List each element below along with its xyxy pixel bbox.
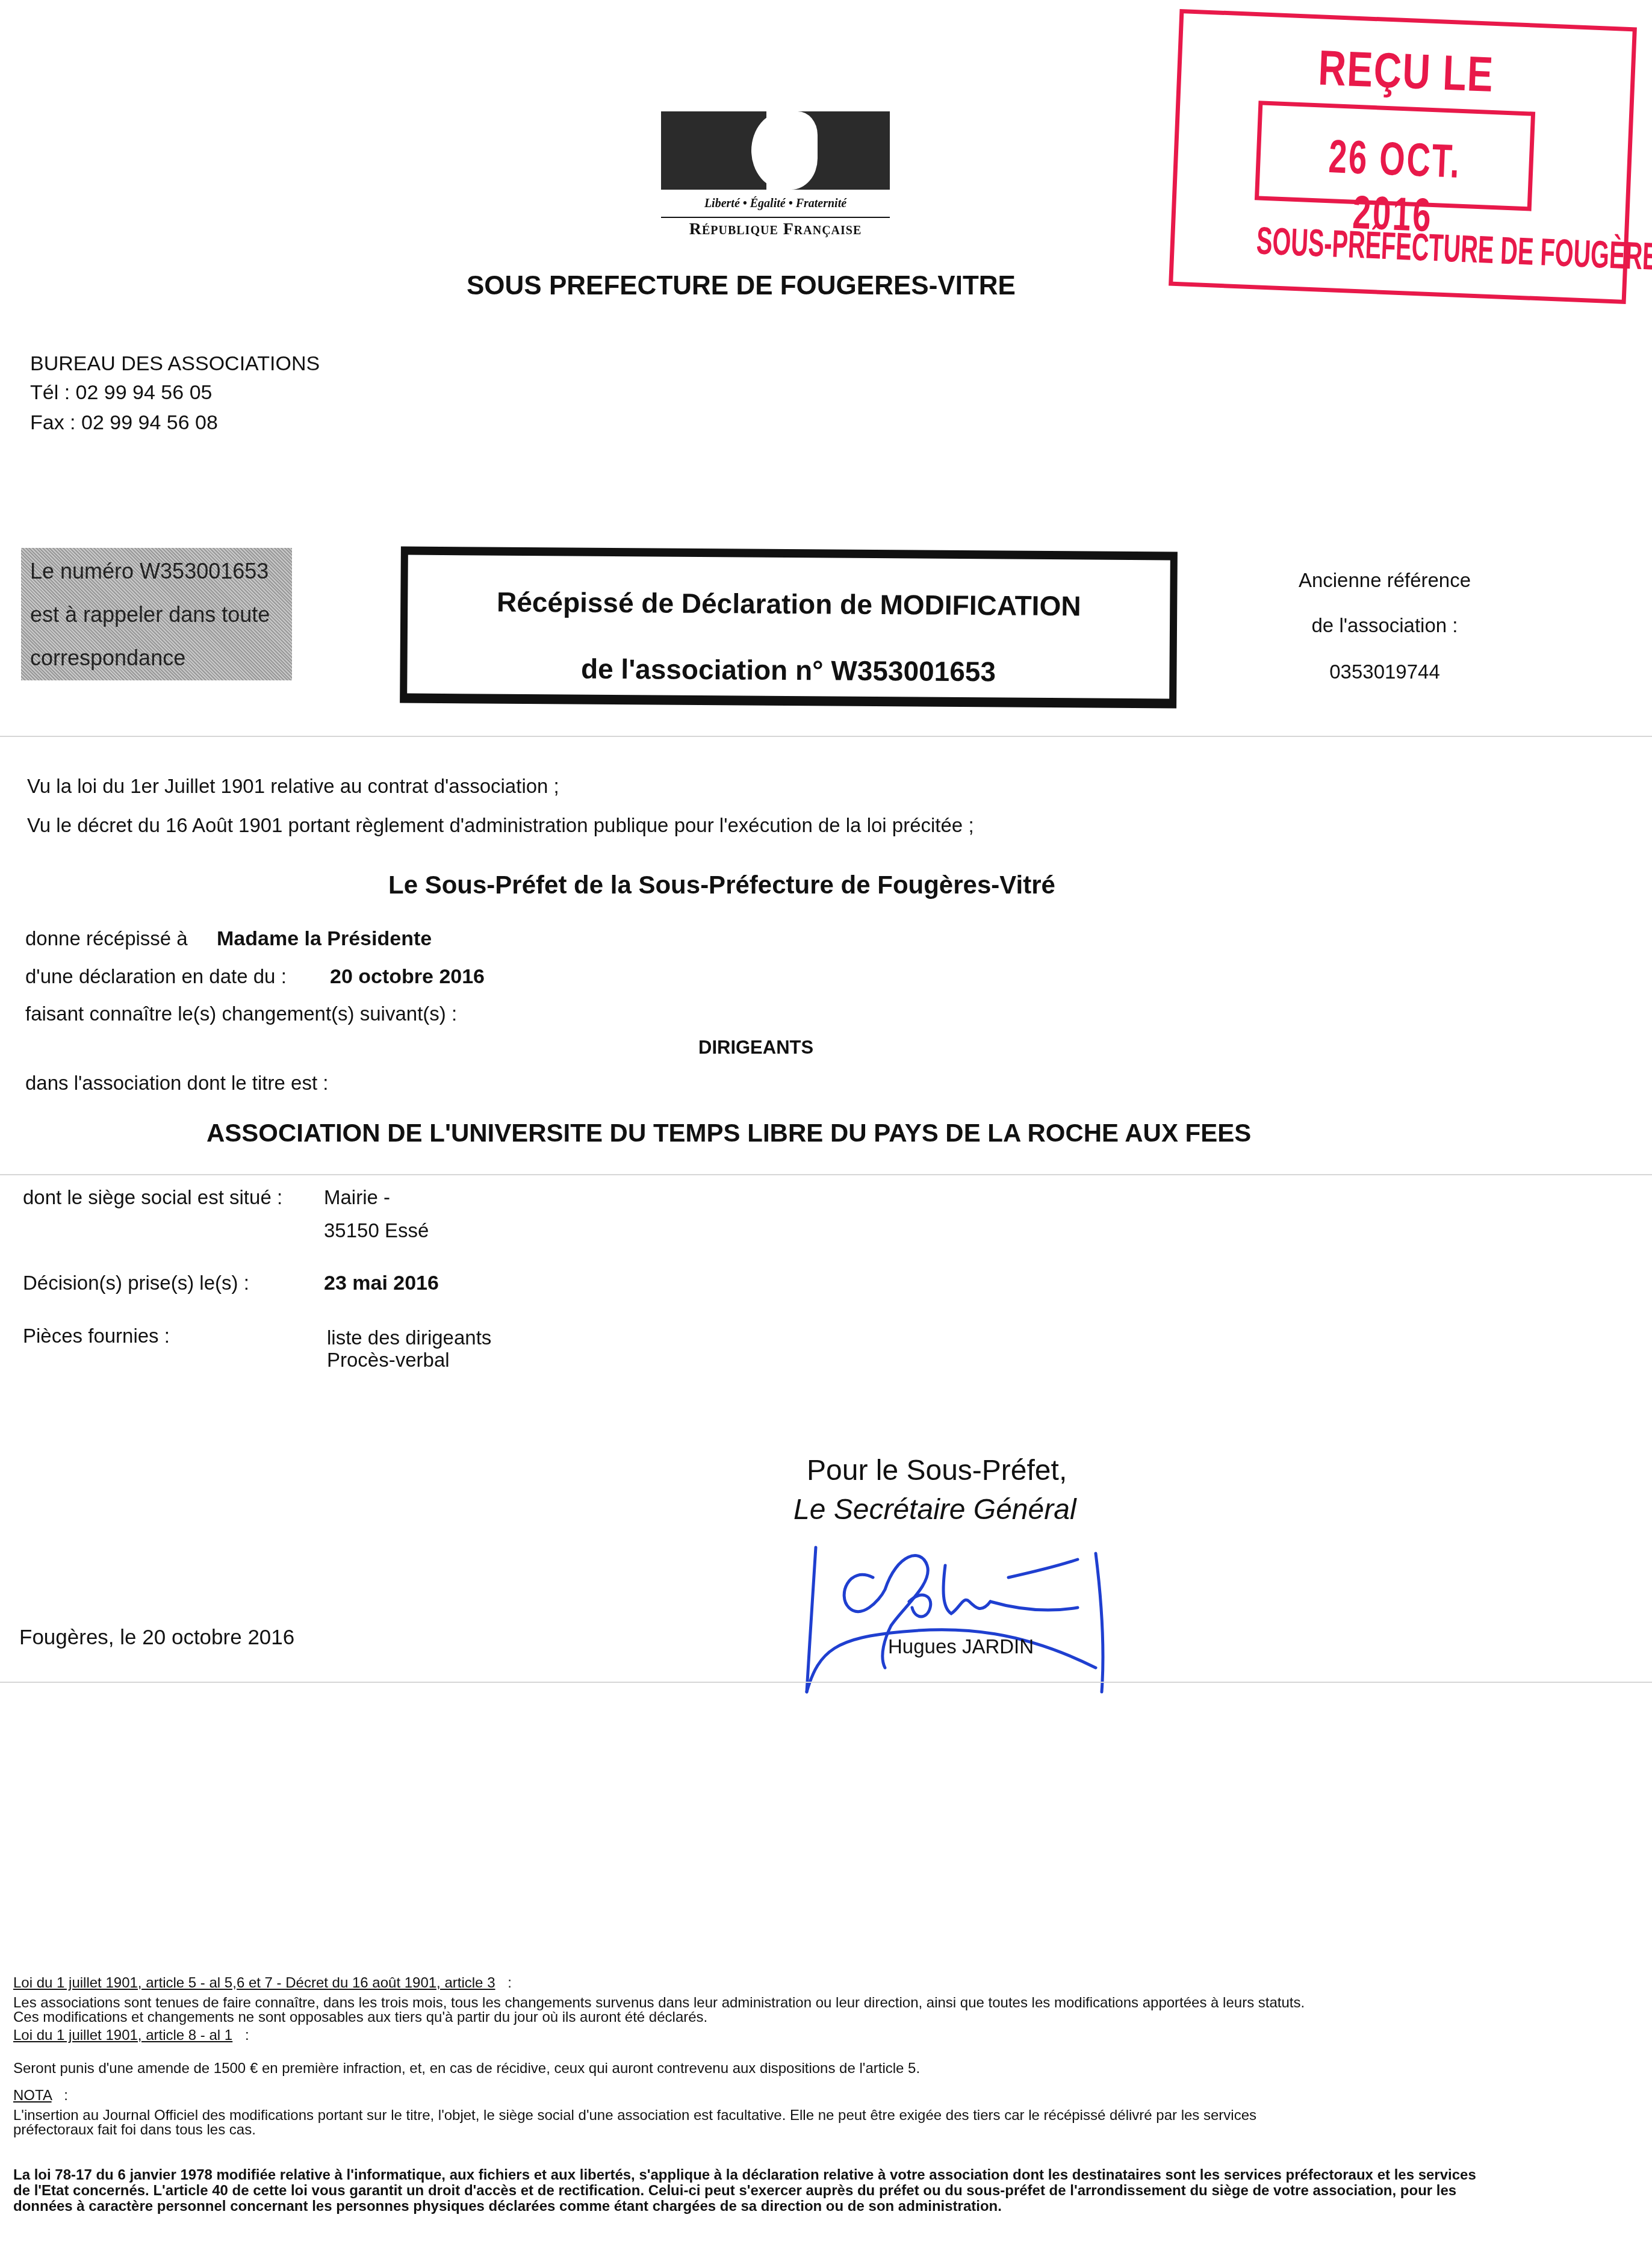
seat-line-1: Mairie - (324, 1186, 390, 1209)
legal-text-2: Seront punis d'une amende de 1500 € en p… (13, 2060, 920, 2077)
document-item: Procès-verbal (327, 1349, 450, 1372)
decision-label: Décision(s) prise(s) le(s) : (23, 1272, 249, 1294)
seat-label: dont le siège social est situé : (23, 1186, 282, 1209)
reference-line-1: Le numéro W353001653 (30, 559, 269, 584)
association-title-label: dans l'association dont le titre est : (25, 1072, 328, 1095)
changes-value: DIRIGEANTS (698, 1037, 813, 1058)
association-title: ASSOCIATION DE L'UNIVERSITE DU TEMPS LIB… (206, 1119, 1251, 1148)
fold-line (0, 736, 1652, 737)
declaration-date-value: 20 octobre 2016 (330, 965, 485, 989)
bureau-fax: Fax : 02 99 94 56 08 (30, 411, 218, 435)
reference-line-3: correspondance (30, 645, 185, 671)
stamp-office: SOUS-PRÉFECTURE DE FOUGÈRES-VITRÉ (1256, 218, 1563, 275)
logo-republic: République Française (661, 220, 890, 239)
signature-role: Le Secrétaire Général (793, 1493, 1076, 1526)
recipient-value: Madame la Présidente (217, 927, 432, 951)
data-protection-notice: La loi 78-17 du 6 janvier 1978 modifiée … (13, 2168, 1482, 2214)
nota-text-2: préfectoraux fait foi dans tous les cas. (13, 2122, 256, 2139)
preamble-law: Vu la loi du 1er Juillet 1901 relative a… (27, 775, 559, 798)
changes-label: faisant connaître le(s) changement(s) su… (25, 1002, 457, 1025)
association-number: de l'association n° W353001653 (407, 651, 1169, 689)
legal-reference-1: Loi du 1 juillet 1901, article 5 - al 5,… (13, 1975, 512, 1992)
receipt-title: Récépissé de Déclaration de MODIFICATION (408, 585, 1170, 623)
logo-band-left (661, 111, 766, 190)
document-item: liste des dirigeants (327, 1326, 491, 1349)
seat-line-2: 35150 Essé (324, 1219, 429, 1242)
page-title: SOUS PREFECTURE DE FOUGERES-VITRE (467, 271, 1016, 301)
receipt-title-box: Récépissé de Déclaration de MODIFICATION… (400, 547, 1178, 709)
legal-reference-2: Loi du 1 juillet 1901, article 8 - al 1 … (13, 2027, 249, 2044)
reference-line-2: est à rappeler dans toute (30, 602, 270, 627)
received-stamp: REÇU LE 26 OCT. 2016 SOUS-PRÉFECTURE DE … (1169, 9, 1637, 304)
old-reference-value: 0353019744 (1240, 660, 1529, 683)
documents-label: Pièces fournies : (23, 1325, 170, 1347)
bureau-name: BUREAU DES ASSOCIATIONS (30, 352, 320, 376)
recipient-label: donne récépissé à (25, 927, 188, 950)
old-reference-label-1: Ancienne référence (1240, 569, 1529, 592)
colon: : (64, 2087, 68, 2104)
legal-reference-2-link: Loi du 1 juillet 1901, article 8 - al 1 (13, 2027, 232, 2044)
marianne-logo: Liberté • Égalité • Fraternité Républiqu… (661, 111, 890, 247)
handwritten-signature-icon (783, 1541, 1120, 1698)
logo-motto: Liberté • Égalité • Fraternité (661, 197, 890, 211)
declaration-date-label: d'une déclaration en date du : (25, 965, 287, 988)
colon: : (245, 2027, 249, 2044)
legal-reference-1-link: Loi du 1 juillet 1901, article 5 - al 5,… (13, 1975, 495, 1991)
colon: : (508, 1975, 512, 1991)
stamp-date-box: 26 OCT. 2016 (1255, 101, 1535, 211)
fold-line (0, 1174, 1652, 1175)
logo-rule (661, 217, 890, 218)
signature-for: Pour le Sous-Préfet, (807, 1454, 1067, 1487)
reference-reminder-box: Le numéro W353001653 est à rappeler dans… (21, 548, 292, 680)
preamble-decree: Vu le décret du 16 Août 1901 portant règ… (27, 814, 974, 837)
nota-label: NOTA (13, 2087, 52, 2104)
decision-date: 23 mai 2016 (324, 1272, 439, 1295)
legal-text-1b: Ces modifications et changements ne sont… (13, 2009, 707, 2026)
fold-line (0, 1682, 1652, 1683)
stamp-heading: REÇU LE (1230, 36, 1582, 107)
marianne-profile-icon (751, 111, 818, 190)
nota-heading: NOTA : (13, 2087, 68, 2104)
old-reference-label-2: de l'association : (1240, 614, 1529, 637)
signatory-name: Hugues JARDIN (888, 1635, 1034, 1658)
bureau-tel: Tél : 02 99 94 56 05 (30, 381, 212, 405)
place-date: Fougères, le 20 octobre 2016 (19, 1626, 294, 1650)
authority-heading: Le Sous-Préfet de la Sous-Préfecture de … (388, 871, 1055, 900)
